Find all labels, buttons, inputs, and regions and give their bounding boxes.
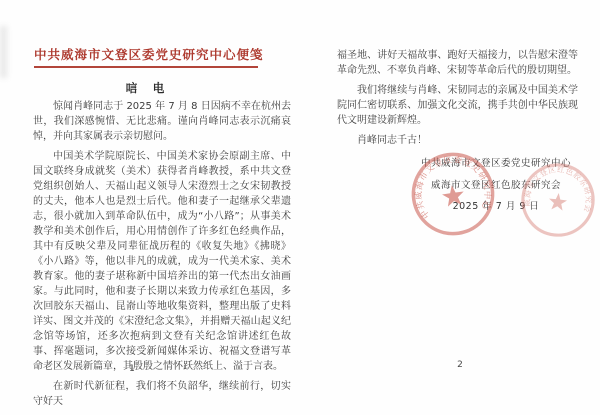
paragraph: 在新时代新征程，我们将不负韶华，继续前行，切实守好天 [33,379,291,409]
signature-org-1: 中共威海市文登区委党史研究中心 [390,153,600,175]
page-2-body: 福圣地、讲好天福故事、跑好天福接力，以告慰宋澄等革命先烈、不辜负肖峰、宋韧等革命… [337,48,578,153]
scan-edge-artifact [0,26,7,78]
signature-block: 中共威海市文登区委党史研究中心 威海市文登区红色胶东研究会 2025 年 7 月… [390,153,600,218]
paragraph: 惊闻肖峰同志于 2025 年 7 月 8 日因病不幸在杭州去世，我们深感惋惜、无… [33,99,291,144]
paragraph-continued: 福圣地、讲好天福故事、跑好天福接力，以告慰宋澄等革命先烈、不辜负肖峰、宋韧等革命… [337,48,578,78]
paragraph: 我们将继续与肖峰、宋韧同志的亲属及中国美术学院同仁密切联系、加强文化交流，携手共… [337,83,578,128]
scanned-document: 中共威海市文登区委党史研究中心便笺 唁 电 惊闻肖峰同志于 2025 年 7 月… [0,0,600,415]
letterhead-title: 中共威海市文登区委党史研究中心便笺 [34,45,258,68]
signature-date: 2025 年 7 月 9 日 [390,196,600,218]
signature-org-2: 威海市文登区红色胶东研究会 [390,175,600,197]
telegram-title: 唁 电 [34,80,258,96]
paragraph: 中国美术学院原院长、中国美术家协会原副主席、中国文联终身成就奖（美术）获得者肖峰… [33,149,291,374]
page-number-1: 1 [120,364,144,374]
paragraph: 肖峰同志千古！ [337,133,578,148]
page-number-2: 2 [448,360,472,370]
page-1-body: 惊闻肖峰同志于 2025 年 7 月 8 日因病不幸在杭州去世，我们深感惋惜、无… [33,99,291,414]
